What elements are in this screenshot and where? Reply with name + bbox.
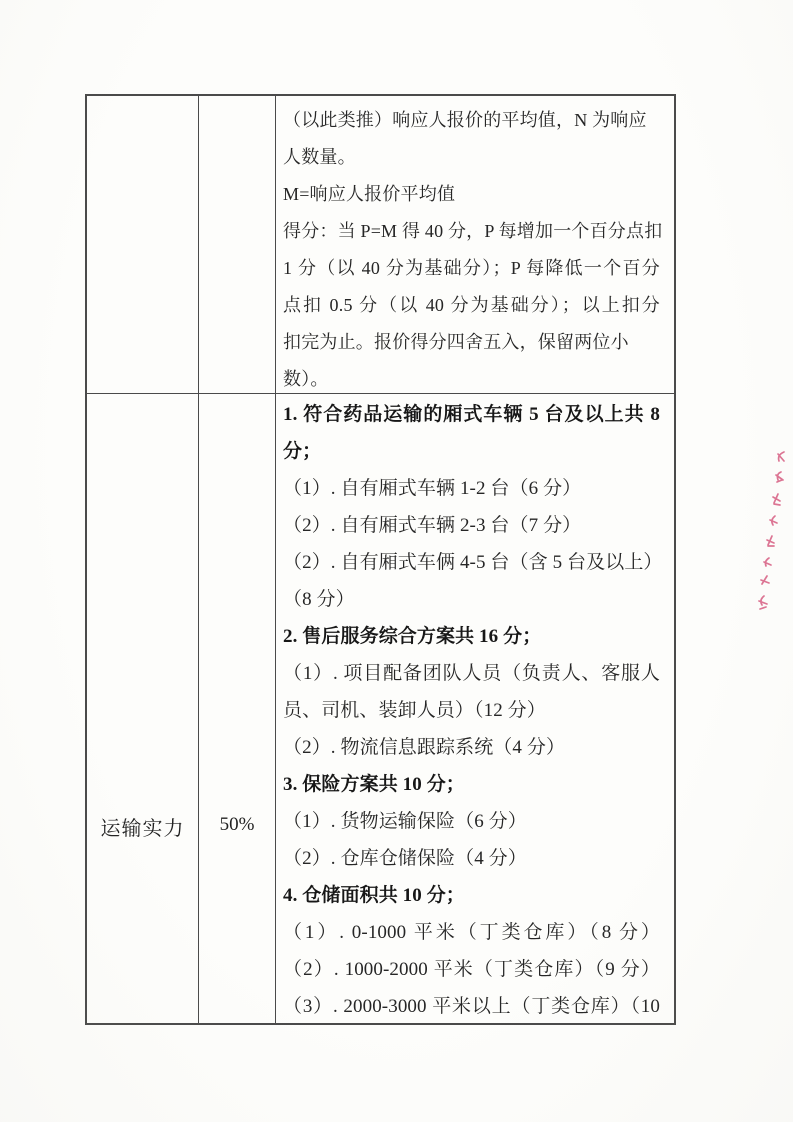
rule-line: （1）. 货物运输保险（6 分） [283,803,660,840]
rule-line: （1）. 自有厢式车辆 1-2 台（6 分） [283,470,660,507]
rule-line: 分； [283,433,660,470]
weight-cell: 50% [199,394,276,1025]
evaluation-scoring-table: （以此类推）响应人报价的平均值，N 为响应 人数量。 M=响应人报价平均值 得分… [85,94,676,1025]
rule-line: 点扣 0.5 分（以 40 分为基础分）；以上扣分 [283,287,660,324]
rule-line: 得分：当 P=M 得 40 分，P 每增加一个百分点扣 [283,213,660,250]
rule-line: 1. 符合药品运输的厢式车辆 5 台及以上共 8 [283,396,660,433]
weight-value: 50% [199,814,275,836]
rule-line: 4. 仓储面积共 10 分； [283,877,660,914]
red-handwriting-annotation [754,448,792,620]
rule-line: （3）. 2000-3000 平米以上（丁类仓库）（10 [283,988,660,1025]
criteria-label: 运输实力 [87,812,198,841]
criteria-cell-empty [87,96,199,393]
rule-line: （以此类推）响应人报价的平均值，N 为响应 [283,102,660,139]
rule-line: （1）. 0-1000 平米（丁类仓库）（8 分） [283,914,660,951]
rule-line: 2. 售后服务综合方案共 16 分； [283,618,660,655]
rule-line: M=响应人报价平均值 [283,176,660,213]
scanned-document-page: （以此类推）响应人报价的平均值，N 为响应 人数量。 M=响应人报价平均值 得分… [0,0,793,1122]
rule-line: （1）. 项目配备团队人员（负责人、客服人 [283,655,660,692]
rule-line: （2）. 仓库仓储保险（4 分） [283,840,660,877]
rule-line: 1 分（以 40 分为基础分）；P 每降低一个百分 [283,250,660,287]
rule-line: 员、司机、装卸人员）（12 分） [283,692,660,729]
rule-line: （8 分） [283,581,660,618]
score-rule-cell: 1. 符合药品运输的厢式车辆 5 台及以上共 8 分； （1）. 自有厢式车辆 … [276,394,674,1025]
table-row-transport-strength: 运输实力 50% 1. 符合药品运输的厢式车辆 5 台及以上共 8 分； （1）… [87,394,674,1025]
rule-line: （2）. 自有厢式车辆 2-3 台（7 分） [283,507,660,544]
table-row-price-score: （以此类推）响应人报价的平均值，N 为响应 人数量。 M=响应人报价平均值 得分… [87,96,674,394]
weight-cell-empty [199,96,276,393]
rule-line: 3. 保险方案共 10 分； [283,766,660,803]
score-rule-cell: （以此类推）响应人报价的平均值，N 为响应 人数量。 M=响应人报价平均值 得分… [276,96,674,393]
rule-line: （2）. 1000-2000 平米（丁类仓库）（9 分） [283,951,660,988]
rule-line: 人数量。 [283,139,660,176]
criteria-cell: 运输实力 [87,394,199,1025]
rule-line: 数）。 [283,361,660,393]
rule-line: 扣完为止。报价得分四舍五入，保留两位小 [283,324,660,361]
rule-line: （2）. 物流信息跟踪系统（4 分） [283,729,660,766]
rule-line: （2）. 自有厢式车俩 4-5 台（含 5 台及以上） [283,544,660,581]
